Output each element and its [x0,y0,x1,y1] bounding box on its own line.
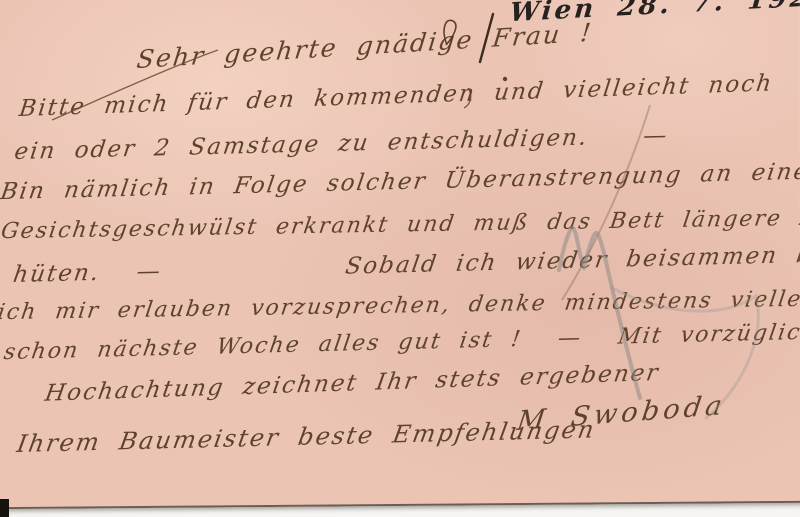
corner-scan-artifact [0,499,9,517]
handwritten-line-6: ich mir erlauben vorzusprechen, denke mi… [0,287,800,325]
handwritten-line-3: Bin nämlich in Folge solcher Überanstren… [0,159,800,205]
handwritten-line-8: Hochachtung zeichnet Ihr stets ergebener [43,361,661,407]
handwritten-line-9: Ihrem Baumeister beste Empfehlungen [15,416,598,457]
scanned-postcard-page: { "document": { "dateline": "Wien 28. 7.… [0,0,800,517]
handwritten-line-2: ein oder 2 Samstage zu entschuldigen. — [13,123,670,165]
postcard: Wien 28. 7. 1922 Sehr geehrte gnädige Fr… [0,0,800,509]
handwritten-line-7: schon nächste Woche alles gut ist ! — Mi… [2,320,800,365]
handwritten-line-5: hüten. — Sobald ich wieder beisammen bin… [11,240,800,289]
handwritten-line-4: Gesichtsgeschwülst erkrankt und muß das … [0,206,800,244]
handwritten-line-1: Bitte mich für den kommenden und viellei… [18,71,775,122]
salutation-line: Sehr geehrte gnädige Frau ! [135,19,594,74]
